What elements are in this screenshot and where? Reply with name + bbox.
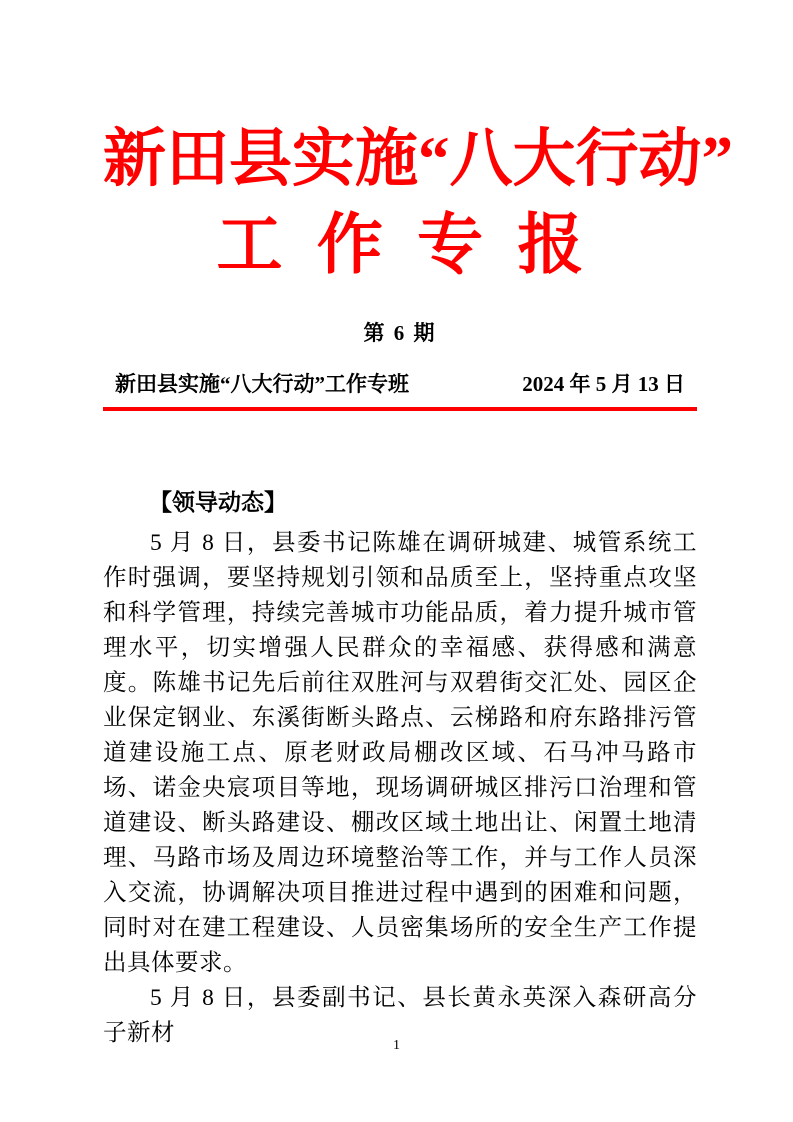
body-text: 5 月 8 日，县委书记陈雄在调研城建、城管系统工作时强调，要坚持规划引领和品质…: [103, 526, 697, 1051]
issue-date: 2024 年 5 月 13 日: [522, 368, 685, 398]
issuer-date-row: 新田县实施“八大行动”工作专班 2024 年 5 月 13 日: [103, 368, 697, 398]
masthead-title-line1: 新田县实施“八大行动”: [103, 122, 697, 196]
paragraph: 5 月 8 日，县委书记陈雄在调研城建、城管系统工作时强调，要坚持规划引领和品质…: [103, 526, 697, 981]
masthead-title-line2: 工作专报: [103, 210, 697, 283]
issue-number: 第 6 期: [103, 317, 697, 347]
document-page: 新田县实施“八大行动” 工作专报 第 6 期 新田县实施“八大行动”工作专班 2…: [0, 0, 793, 1122]
document-content: 新田县实施“八大行动” 工作专报 第 6 期 新田县实施“八大行动”工作专班 2…: [103, 0, 697, 1051]
page-number: 1: [0, 1038, 793, 1054]
masthead-divider-rule: [103, 407, 697, 411]
section-heading-leadership: 【领导动态】: [103, 485, 697, 520]
issuing-unit: 新田县实施“八大行动”工作专班: [115, 368, 409, 398]
